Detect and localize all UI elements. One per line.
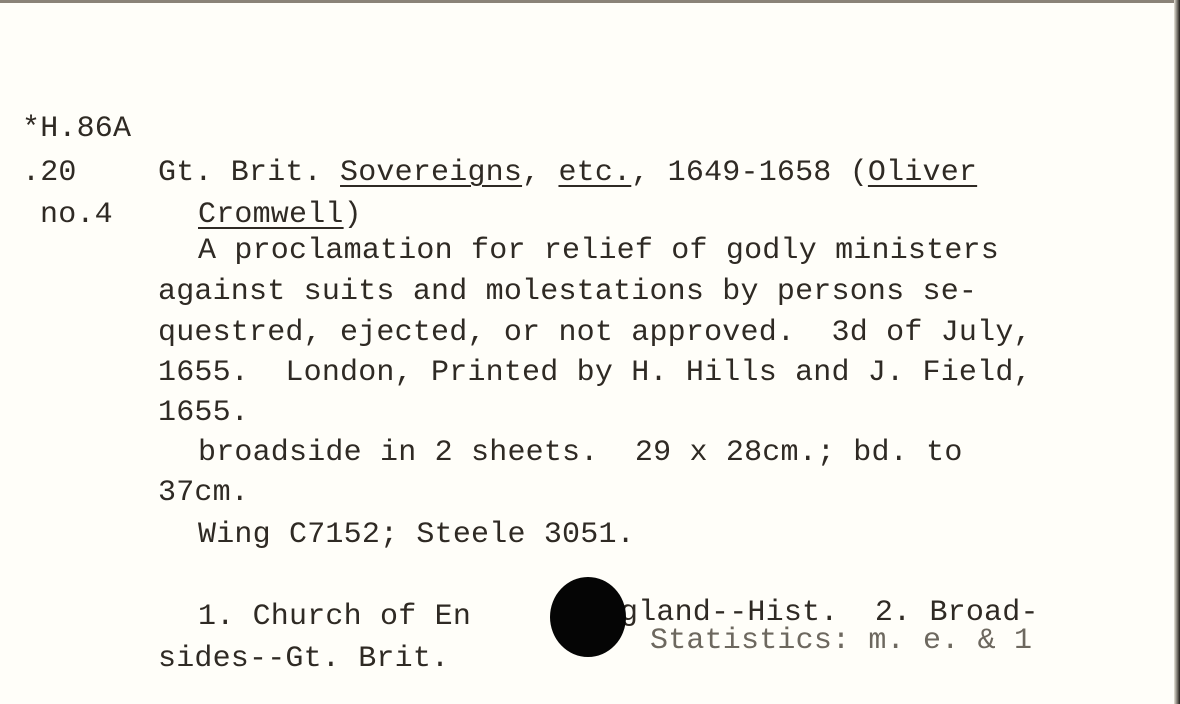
call-number-line-3: no.4 bbox=[40, 195, 113, 235]
card-edge-shadow bbox=[1174, 0, 1180, 704]
call-number-line-2: .20 bbox=[22, 153, 77, 193]
imprint-line-1: 1655. London, Printed by H. Hills and J.… bbox=[158, 353, 1032, 393]
call-number-line-1: *H.86A bbox=[22, 109, 131, 149]
heading-dates: , 1649-1658 ( bbox=[631, 156, 868, 190]
heading-line-1: Gt. Brit. Sovereigns, etc., 1649-1658 (O… bbox=[158, 153, 977, 193]
title-line-2: against suits and molestations by person… bbox=[158, 272, 977, 312]
imprint-line-2: 1655. bbox=[158, 393, 249, 433]
heading-name-cromwell: Cromwell bbox=[198, 198, 344, 232]
references-line: Wing C7152; Steele 3051. bbox=[198, 515, 635, 555]
heading-sovereigns: Sovereigns bbox=[340, 156, 522, 190]
tracing-line-2: sides--Gt. Brit. bbox=[158, 639, 449, 679]
title-line-1: A proclamation for relief of godly minis… bbox=[198, 231, 999, 271]
heading-prefix: Gt. Brit. bbox=[158, 156, 340, 190]
collation-line-2: 37cm. bbox=[158, 473, 249, 513]
catalog-card: *H.86A .20 no.4 Gt. Brit. Sovereigns, et… bbox=[0, 0, 1174, 704]
heading-name-oliver: Oliver bbox=[868, 156, 977, 190]
statistics-overlay: Statistics: m. e. & 1 bbox=[650, 621, 1032, 661]
punch-hole-icon bbox=[550, 577, 626, 657]
heading-line-2: Cromwell) bbox=[198, 195, 362, 235]
collation-line-1: broadside in 2 sheets. 29 x 28cm.; bd. t… bbox=[198, 433, 963, 473]
heading-comma: , bbox=[522, 156, 558, 190]
tracing-line-1-left: 1. Church of En bbox=[198, 597, 471, 637]
heading-etc: etc. bbox=[558, 156, 631, 190]
title-line-3: questred, ejected, or not approved. 3d o… bbox=[158, 313, 1032, 353]
heading-close-paren: ) bbox=[344, 198, 362, 232]
